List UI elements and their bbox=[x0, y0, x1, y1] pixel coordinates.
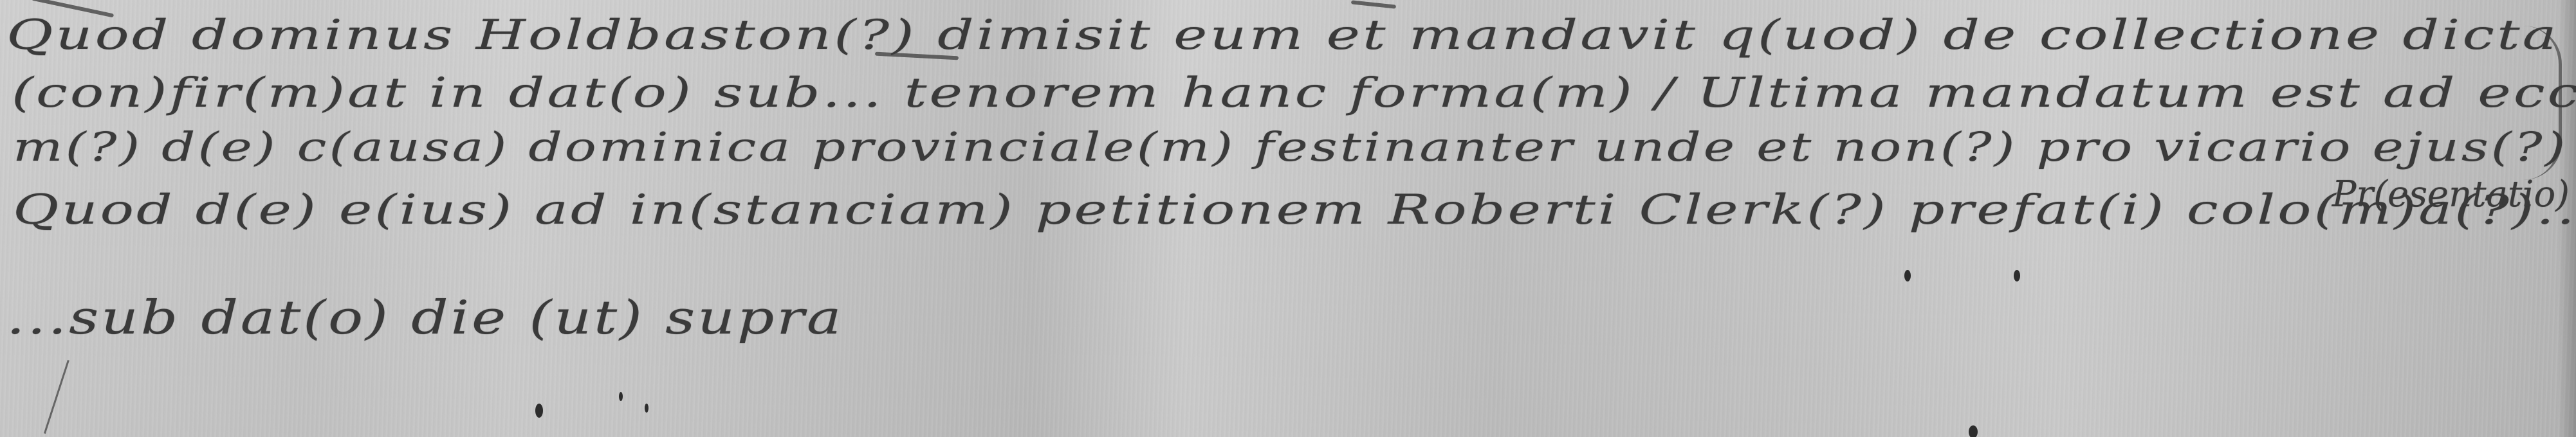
manuscript-line-3: m(?) d(e) c(ausa) dominica provinciale(m… bbox=[13, 123, 2568, 170]
ink-blot bbox=[1969, 425, 1978, 437]
ink-speck bbox=[1904, 270, 1911, 281]
ink-speck bbox=[645, 404, 649, 413]
manuscript-line-4: Quod d(e) e(ius) ad in(stanciam) petitio… bbox=[13, 186, 2576, 234]
manuscript-line-5: ...sub dat(o) die (ut) supra bbox=[6, 290, 843, 344]
ink-speck bbox=[619, 392, 623, 401]
pen-stroke bbox=[44, 360, 69, 434]
manuscript-page: Quod dominus Holdbaston(?) dimisit eum e… bbox=[0, 0, 2576, 437]
ink-blot bbox=[535, 404, 543, 418]
marginal-note: Pr(esentatio) bbox=[2332, 174, 2570, 215]
manuscript-line-1: Quod dominus Holdbaston(?) dimisit eum e… bbox=[6, 12, 2576, 59]
manuscript-line-2: (con)fir(m)at in dat(o) sub... tenorem h… bbox=[12, 69, 2576, 117]
ink-speck bbox=[2014, 270, 2020, 281]
abbreviation-mark bbox=[1351, 0, 1396, 8]
